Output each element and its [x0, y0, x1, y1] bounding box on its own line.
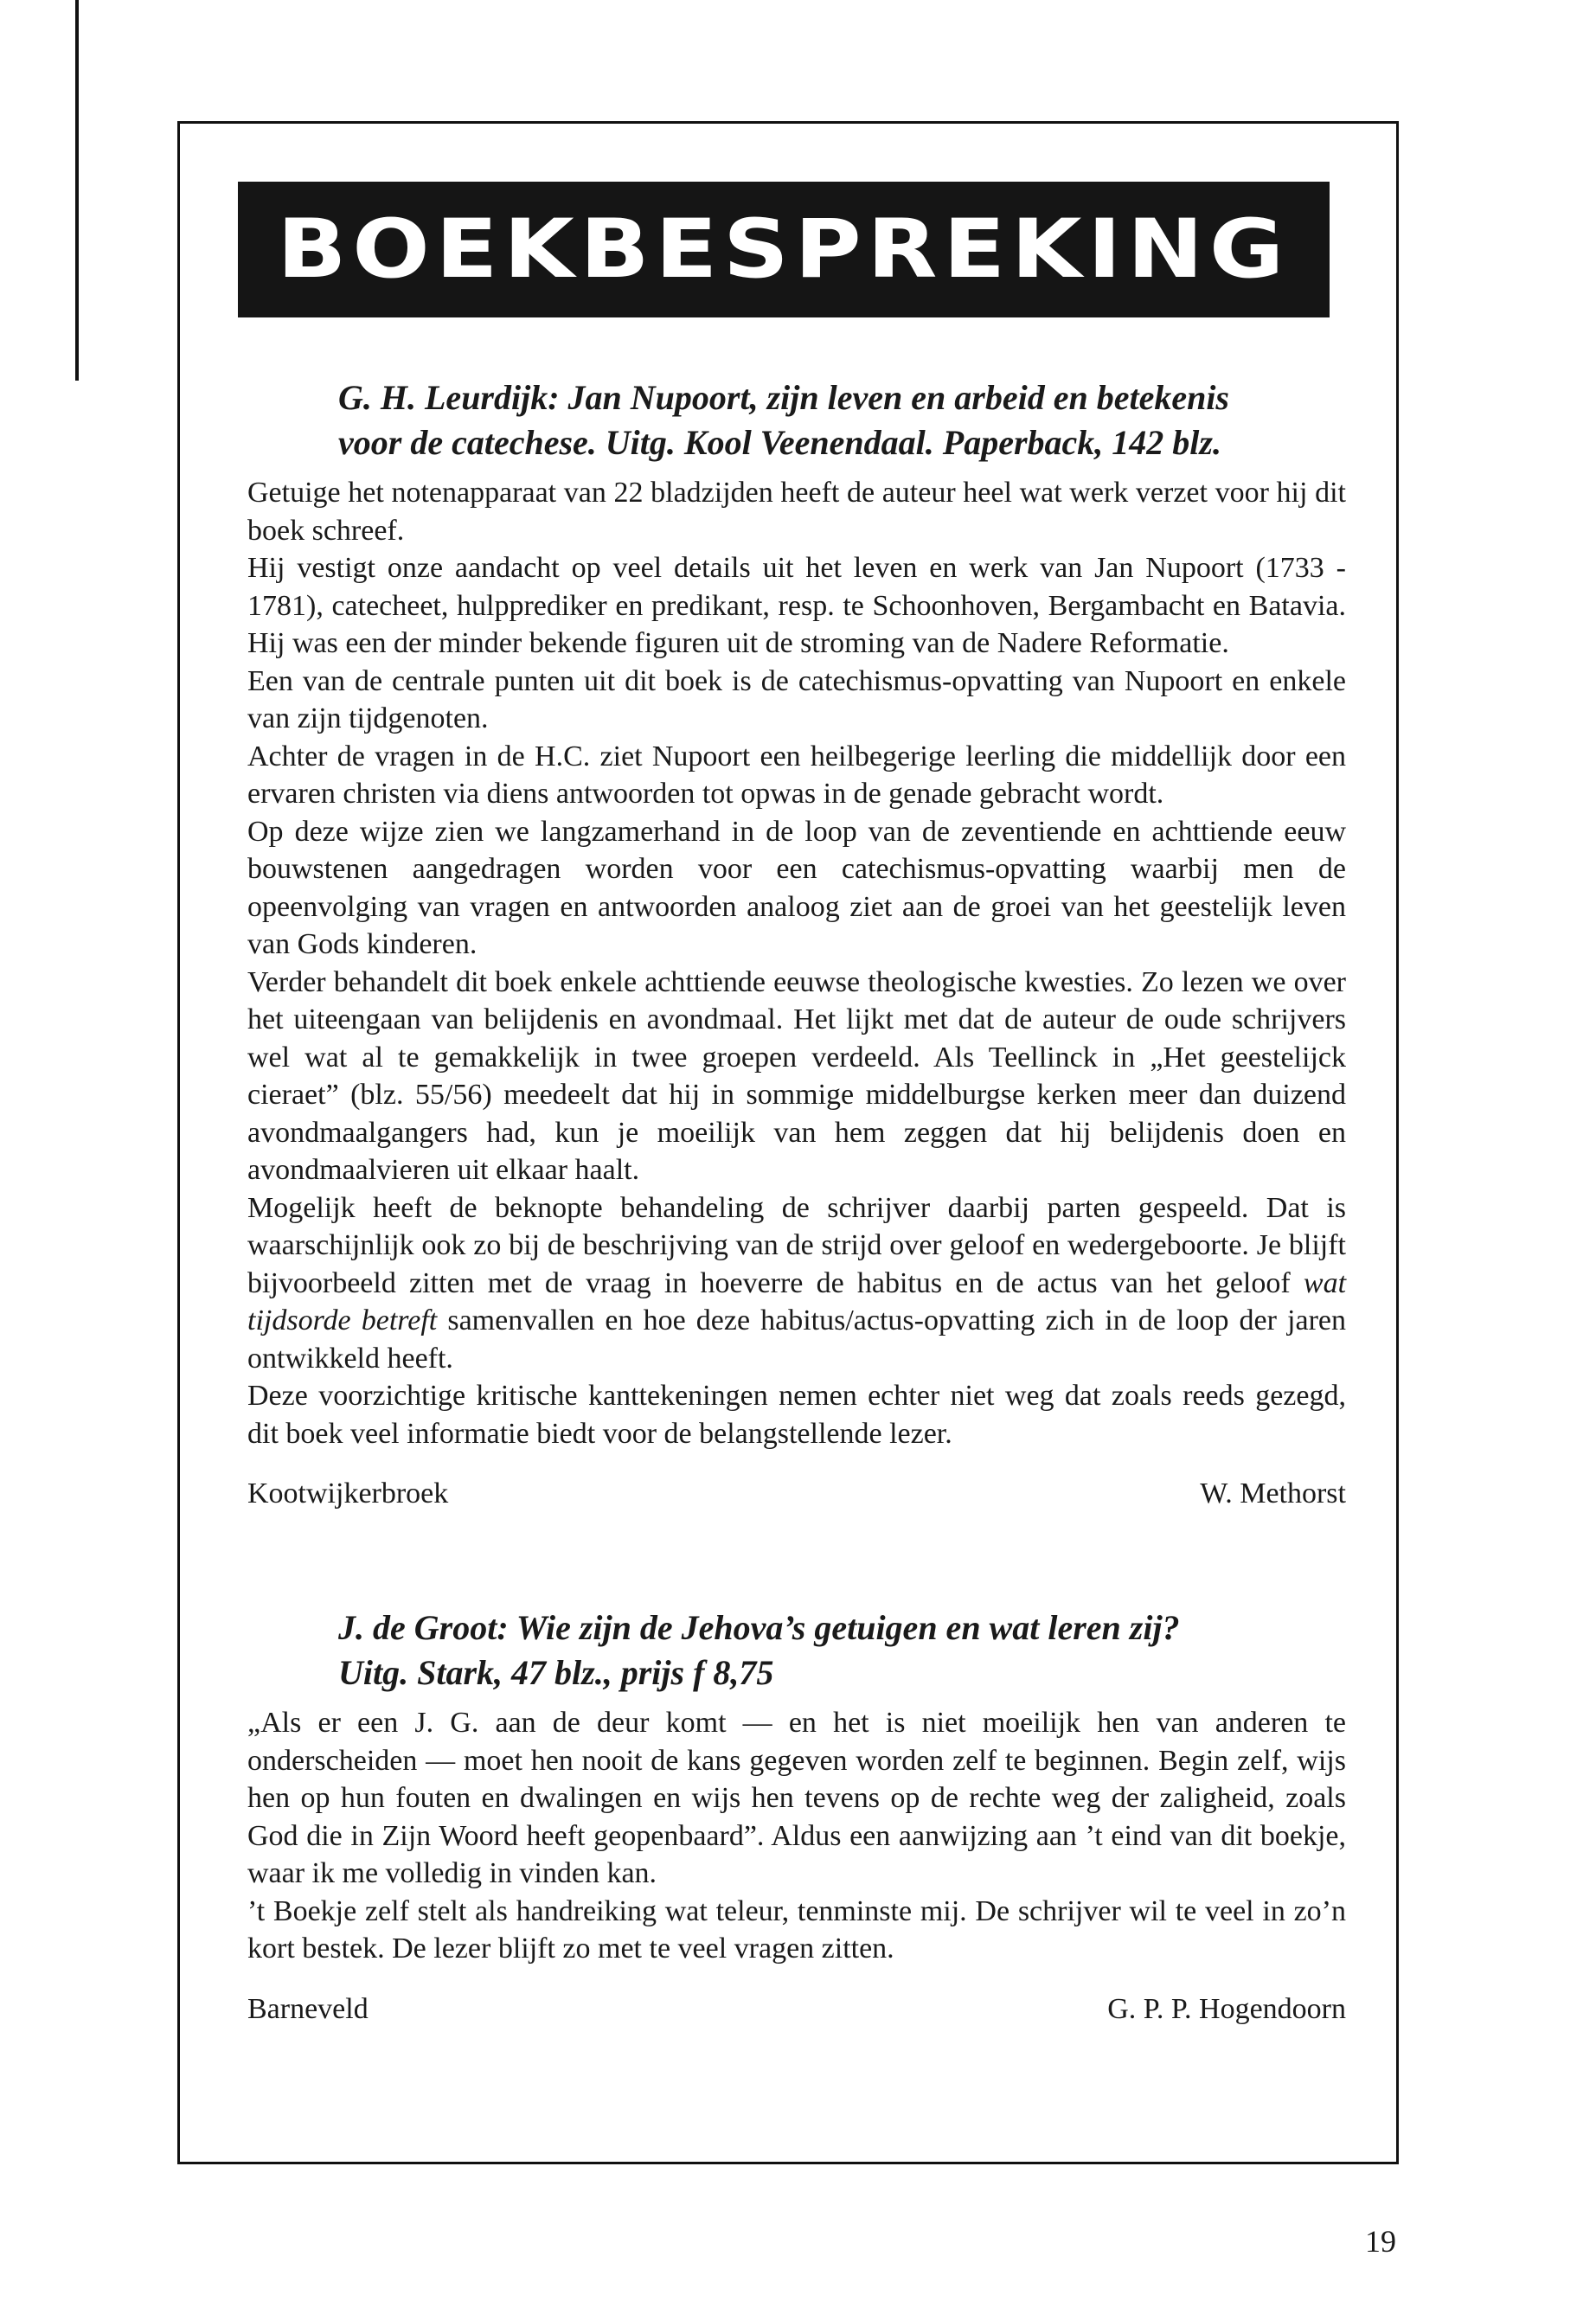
- review-paragraph: Op deze wijze zien we langzamerhand in d…: [247, 813, 1346, 964]
- review-paragraph: Mogelijk heeft de beknopte behandeling d…: [247, 1189, 1346, 1378]
- review-heading-line: voor de catechese. Uitg. Kool Veenendaal…: [338, 423, 1221, 462]
- reviewer-name: G. P. P. Hogendoorn: [1107, 1990, 1346, 2028]
- review-paragraph: Verder behandelt dit boek enkele achttie…: [247, 964, 1346, 1189]
- review-heading-line: G. H. Leurdijk: Jan Nupoort, zijn leven …: [338, 378, 1229, 417]
- section-title: BOEKBESPREKING: [278, 202, 1291, 297]
- article-content: G. H. Leurdijk: Jan Nupoort, zijn leven …: [247, 355, 1346, 2028]
- review-paragraph: Getuige het notenapparaat van 22 bladzij…: [247, 474, 1346, 549]
- margin-rule: [75, 0, 79, 381]
- review-heading-line: Uitg. Stark, 47 blz., prijs f 8,75: [338, 1653, 773, 1692]
- review-paragraph: Een van de centrale punten uit dit boek …: [247, 663, 1346, 738]
- review-signature: Barneveld G. P. P. Hogendoorn: [247, 1990, 1346, 2028]
- reviewer-name: W. Methorst: [1200, 1475, 1346, 1512]
- review-heading-line: J. de Groot: Wie zijn de Jehova’s getuig…: [338, 1608, 1180, 1647]
- page-number: 19: [1365, 2223, 1396, 2259]
- review-paragraph: Hij vestigt onze aandacht op veel detail…: [247, 549, 1346, 663]
- review-heading: J. de Groot: Wie zijn de Jehova’s getuig…: [247, 1606, 1346, 1695]
- review-heading: G. H. Leurdijk: Jan Nupoort, zijn leven …: [247, 375, 1346, 465]
- review-de-groot: J. de Groot: Wie zijn de Jehova’s getuig…: [247, 1606, 1346, 2028]
- review-paragraph: ’t Boekje zelf stelt als handreiking wat…: [247, 1893, 1346, 1968]
- review-paragraph: Deze voorzichtige kritische kanttekening…: [247, 1377, 1346, 1452]
- review-paragraph: „Als er een J. G. aan de deur komt — en …: [247, 1704, 1346, 1893]
- review-signature: Kootwijkerbroek W. Methorst: [247, 1475, 1346, 1512]
- reviewer-place: Kootwijkerbroek: [247, 1475, 448, 1512]
- review-paragraph: Achter de vragen in de H.C. ziet Nupoort…: [247, 738, 1346, 813]
- reviewer-place: Barneveld: [247, 1990, 369, 2028]
- review-leurdijk: G. H. Leurdijk: Jan Nupoort, zijn leven …: [247, 375, 1346, 1512]
- paragraph-text: Mogelijk heeft de beknopte behandeling d…: [247, 1192, 1346, 1299]
- section-banner: BOEKBESPREKING: [238, 182, 1330, 317]
